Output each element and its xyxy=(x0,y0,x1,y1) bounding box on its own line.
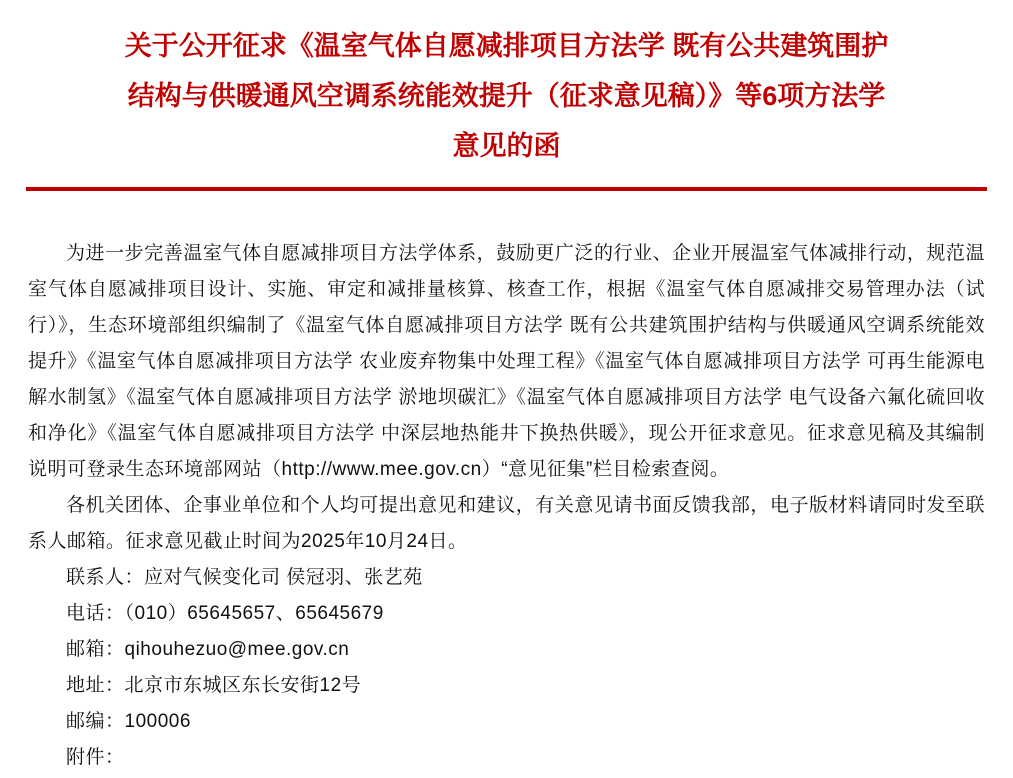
contact-person-row: 联系人：应对气候变化司 侯冠羽、张艺苑 xyxy=(28,560,985,596)
contact-phone-label: 电话： xyxy=(66,603,125,624)
contact-email-label: 邮箱： xyxy=(66,639,125,660)
document-body: 为进一步完善温室气体自愿减排项目方法学体系，鼓励更广泛的行业、企业开展温室气体减… xyxy=(28,236,985,776)
attachment-label: 附件： xyxy=(66,747,125,768)
document-title-line-1: 关于公开征求《温室气体自愿减排项目方法学 既有公共建筑围护 xyxy=(70,21,943,71)
contact-email-row: 邮箱：qihouhezuo@mee.gov.cn xyxy=(28,632,985,668)
attachment-row: 附件： xyxy=(28,740,985,776)
document-title-line-2: 结构与供暖通风空调系统能效提升（征求意见稿）》等6项方法学 xyxy=(70,71,943,121)
document-title: 关于公开征求《温室气体自愿减排项目方法学 既有公共建筑围护 结构与供暖通风空调系… xyxy=(70,0,943,171)
contact-phone-value: （010）65645657、65645679 xyxy=(125,603,384,624)
paragraph-intro: 为进一步完善温室气体自愿减排项目方法学体系，鼓励更广泛的行业、企业开展温室气体减… xyxy=(28,236,985,488)
contact-person-value: 应对气候变化司 侯冠羽、张艺苑 xyxy=(144,567,423,588)
contact-person-label: 联系人： xyxy=(66,567,144,588)
notice-document-page: 关于公开征求《温室气体自愿减排项目方法学 既有公共建筑围护 结构与供暖通风空调系… xyxy=(0,0,1013,778)
contact-phone-row: 电话：（010）65645657、65645679 xyxy=(28,596,985,632)
contact-address-row: 地址：北京市东城区东长安街12号 xyxy=(28,668,985,704)
contact-email-value: qihouhezuo@mee.gov.cn xyxy=(125,639,350,660)
contact-postcode-label: 邮编： xyxy=(66,711,125,732)
contact-postcode-value: 100006 xyxy=(125,711,191,732)
contact-address-label: 地址： xyxy=(66,675,125,696)
paragraph-feedback: 各机关团体、企事业单位和个人均可提出意见和建议，有关意见请书面反馈我部，电子版材… xyxy=(28,488,985,560)
contact-address-value: 北京市东城区东长安街12号 xyxy=(125,675,362,696)
document-title-line-3: 意见的函 xyxy=(70,121,943,171)
title-divider-rule xyxy=(26,187,987,191)
contact-postcode-row: 邮编：100006 xyxy=(28,704,985,740)
